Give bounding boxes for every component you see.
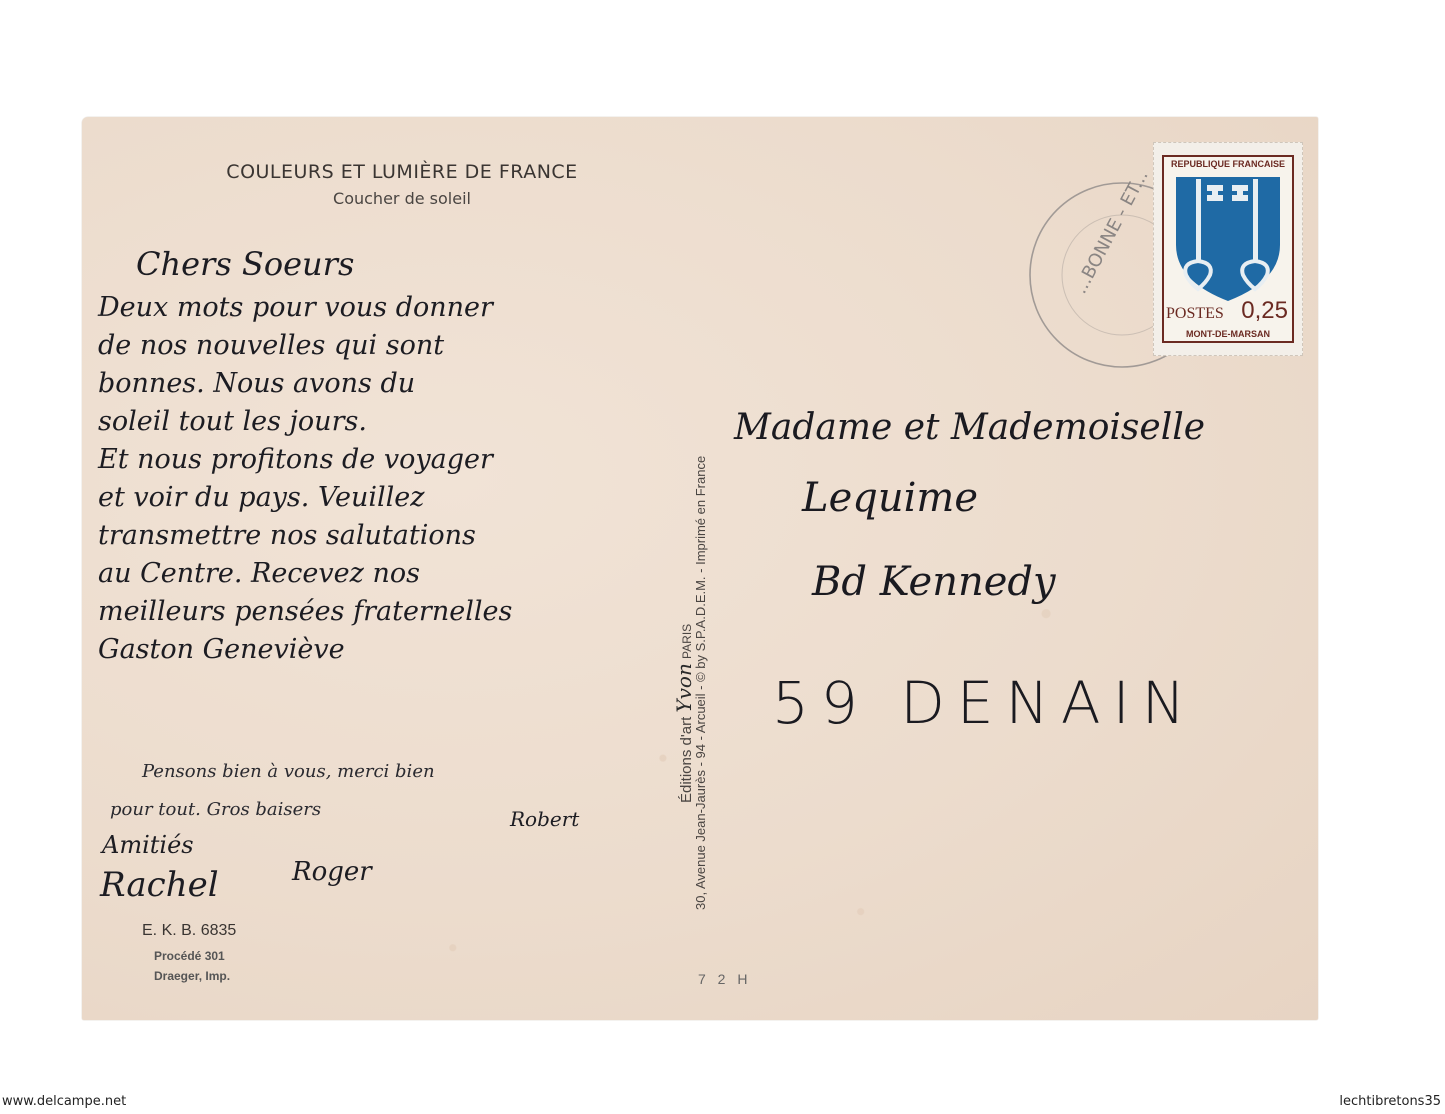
postcard: COULEURS ET LUMIÈRE DE FRANCE Coucher de… <box>82 117 1318 1020</box>
address-recipient: Madame et Mademoiselle <box>734 407 1205 448</box>
signature-robert: Robert <box>510 807 579 831</box>
postscript-line: Pensons bien à vous, merci bien <box>110 753 435 791</box>
card-code: 7 2 H <box>698 971 751 987</box>
message-line: Deux mots pour vous donner <box>98 289 512 327</box>
handwritten-message: Chers Soeurs Deux mots pour vous donner … <box>98 245 512 669</box>
address-city: 59 DENAIN <box>772 669 1197 737</box>
postscript: Pensons bien à vous, merci bien pour tou… <box>110 753 435 829</box>
stamp-value: 0,25 <box>1241 297 1288 325</box>
publisher-city: PARIS <box>680 624 694 659</box>
message-line: soleil tout les jours. <box>98 403 512 441</box>
message-line: de nos nouvelles qui sont <box>98 327 512 365</box>
signature-roger: Roger <box>292 857 372 887</box>
stamp-country: REPUBLIQUE FRANCAISE <box>1164 159 1292 169</box>
address-name: Lequime <box>802 475 978 521</box>
postage-stamp: REPUBLIQUE FRANCAISE POSTES 0,25 MONT-DE… <box>1153 142 1303 356</box>
message-line: au Centre. Recevez nos <box>98 555 512 593</box>
card-reference: E. K. B. 6835 <box>142 922 236 940</box>
postscript-line: pour tout. Gros baisers <box>110 791 435 829</box>
stamp-city: MONT-DE-MARSAN <box>1164 329 1292 339</box>
message-line: transmettre nos salutations <box>98 517 512 555</box>
printer-label: Draeger, Imp. <box>154 969 230 983</box>
greeting: Chers Soeurs <box>98 245 512 283</box>
signature-rachel: Rachel <box>100 865 219 905</box>
watermark-right: lechtibretons35 <box>1339 1094 1441 1109</box>
message-line: bonnes. Nous avons du <box>98 365 512 403</box>
publisher-line-2: 30, Avenue Jean-Jaurès - 94 - Arcueil - … <box>693 456 708 910</box>
stamp-postes-label: POSTES <box>1166 305 1224 323</box>
message-line: meilleurs pensées fraternelles <box>98 593 512 631</box>
coat-of-arms-keys-icon <box>1174 173 1282 303</box>
message-line: Et nous profitons de voyager <box>98 441 512 479</box>
series-title: COULEURS ET LUMIÈRE DE FRANCE <box>82 161 722 183</box>
message-line: et voir du pays. Veuillez <box>98 479 512 517</box>
message-line: Gaston Geneviève <box>98 631 512 669</box>
svg-text:...BONNE - ET...: ...BONNE - ET... <box>1070 175 1153 297</box>
card-subtitle: Coucher de soleil <box>82 189 722 208</box>
signature-amities: Amitiés <box>102 831 194 859</box>
watermark-left: www.delcampe.net <box>2 1094 126 1109</box>
process-label: Procédé 301 <box>154 949 225 963</box>
address-street: Bd Kennedy <box>812 559 1056 605</box>
